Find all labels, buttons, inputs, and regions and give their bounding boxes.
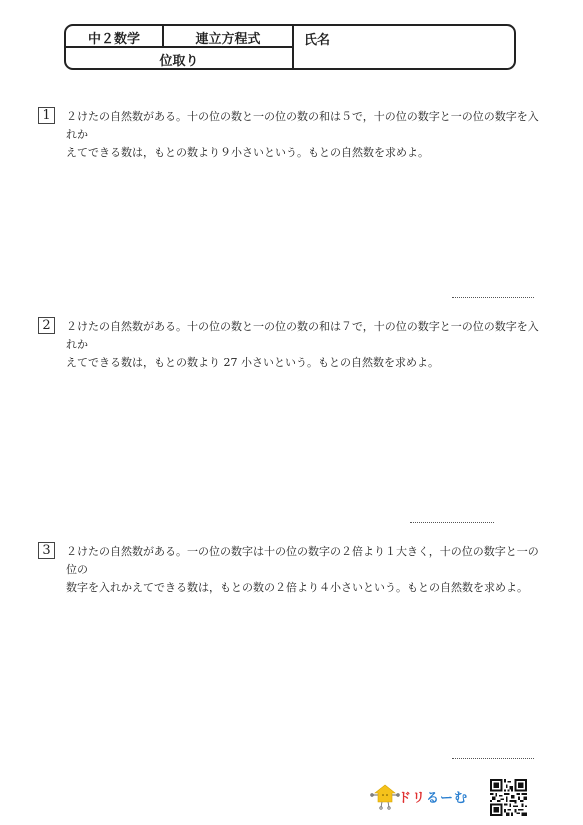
problem-text: ２けたの自然数がある。一の位の数字は十の位の数字の２倍より１大きく，十の位の数字… bbox=[66, 543, 546, 597]
problem-text-line-1: ２けたの自然数がある。一の位の数字は十の位の数字の２倍より１大きく，十の位の数字… bbox=[66, 543, 546, 579]
topic-label: 位取り bbox=[66, 50, 292, 69]
problem-text-line-1: ２けたの自然数がある。十の位の数と一の位の数の和は７で，十の位の数字と一の位の数… bbox=[66, 318, 546, 354]
problem-text-line-2: えてできる数は，もとの数より 27 小さいという。もとの自然数を求めよ。 bbox=[66, 354, 546, 372]
problem-text-line-1: ２けたの自然数がある。十の位の数と一の位の数の和は５で，十の位の数字と一の位の数… bbox=[66, 108, 546, 144]
qr-code-icon[interactable] bbox=[490, 779, 527, 816]
answer-line-3[interactable] bbox=[452, 758, 534, 759]
problem-text-line-2: 数字を入れかえてできる数は，もとの数の２倍より４小さいという。もとの自然数を求め… bbox=[66, 579, 546, 597]
name-field[interactable] bbox=[294, 46, 514, 68]
problem-number-box: 3 bbox=[38, 542, 55, 559]
grade-subject-label: 中２数学 bbox=[66, 28, 162, 47]
drillroom-logo: ドリるーむ bbox=[370, 784, 475, 810]
problem-number-box: 2 bbox=[38, 317, 55, 334]
answer-line-2[interactable] bbox=[410, 522, 494, 523]
answer-line-1[interactable] bbox=[452, 297, 534, 298]
problem-text-line-2: えてできる数は，もとの数より９小さいという。もとの自然数を求めよ。 bbox=[66, 144, 546, 162]
unit-label: 連立方程式 bbox=[164, 28, 292, 47]
logo-text: ドリるーむ bbox=[398, 787, 468, 806]
problem-number-box: 1 bbox=[38, 107, 55, 124]
problem-text: ２けたの自然数がある。十の位の数と一の位の数の和は７で，十の位の数字と一の位の数… bbox=[66, 318, 546, 372]
pencil-house-mascot-icon bbox=[370, 784, 400, 810]
problem-text: ２けたの自然数がある。十の位の数と一の位の数の和は５で，十の位の数字と一の位の数… bbox=[66, 108, 546, 162]
